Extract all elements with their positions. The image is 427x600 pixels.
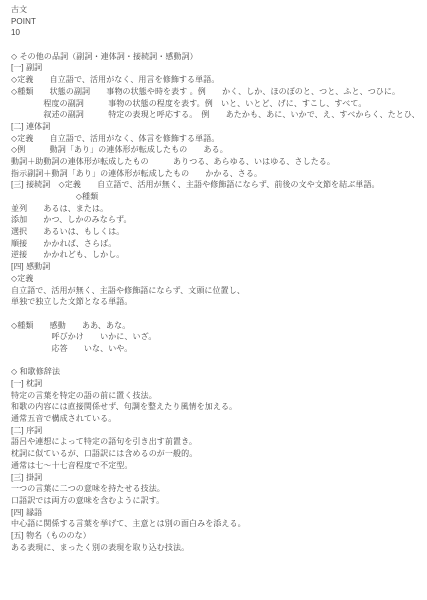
text-line: 特定の言葉を特定の語の前に置く技法。 [11,390,419,402]
text-line: ◇定義 [11,273,419,285]
text-line: [三] 掛詞 [11,472,419,484]
text-line: ◇例 動詞「あり」の連体形が転成したもの ある。 [11,144,419,156]
document-page: 古文POINT10 ◇ その他の品詞（副詞・連体詞・接続詞・感動詞）[一] 副詞… [0,0,427,600]
text-line: [四] 感動詞 [11,261,419,273]
text-line: ◇ その他の品詞（副詞・連体詞・接続詞・感動詞） [11,51,419,63]
text-line: ◇定義 自立語で、活用がなく、体言を修飾する単語。 [11,133,419,145]
document-body: ◇ その他の品詞（副詞・連体詞・接続詞・感動詞）[一] 副詞◇定義 自立語で、活… [11,51,419,554]
text-line: [一] 枕詞 [11,378,419,390]
text-line: ◇種類 [11,191,419,203]
text-line: ◇ 和歌修辞法 [11,366,419,378]
text-line: [三] 接続詞 ◇定義 自立語で、活用が無く、主語や修飾語にならず、前後の文や文… [11,179,419,191]
text-line: 順接 かかれば、さらば。 [11,238,419,250]
text-line: [四] 縁語 [11,507,419,519]
text-line: 和歌の内容には直接関係せず、句調を整えたり風情を加える。 [11,401,419,413]
text-line: 程度の副詞 事物の状態の程度を表す。例 いと、いとど、げに、すこし、すべて。 [11,98,419,110]
text-line: 通常五音で構成されている。 [11,413,419,425]
text-line: 呼びかけ いかに、いざ。 [11,331,419,343]
document-header: 古文POINT10 [11,4,419,39]
text-line: 応答 いな、いや。 [11,343,419,355]
header-line: POINT [11,16,419,28]
text-line: 一つの言葉に二つの意味を持たせる技法。 [11,483,419,495]
text-line: 指示副詞＋動詞「あり」の連体形が転成したもの かかる、さる。 [11,168,419,180]
text-line: 逆接 かかれども、しかし。 [11,249,419,261]
text-line: 口語訳では両方の意味を含むように訳す。 [11,495,419,507]
text-line [11,308,419,320]
text-line: [五] 物名（もののな） [11,530,419,542]
text-line: 中心語に関係する言葉を挙げて、主意とは別の面白みを添える。 [11,518,419,530]
text-line: 添加 かつ、しかのみならず。 [11,214,419,226]
text-line: 語呂や連想によって特定の語句を引き出す前置き。 [11,436,419,448]
text-line: [二] 序詞 [11,425,419,437]
header-line: 10 [11,27,419,39]
text-line [11,355,419,367]
text-line: 並列 あるは、または。 [11,203,419,215]
text-line: ◇定義 自立語で、活用がなく、用言を修飾する単語。 [11,74,419,86]
text-line: 単独で独立した文節となる単語。 [11,296,419,308]
text-line: 自立語で、活用が無く、主語や修飾語にならず、文頭に位置し、 [11,285,419,297]
text-line: 通常は七〜十七音程度で不定型。 [11,460,419,472]
text-line: [一] 副詞 [11,62,419,74]
text-line: ◇種類 感動 ああ、あな。 [11,320,419,332]
text-line: 枕詞に似ているが、口語訳には含めるのが一般的。 [11,448,419,460]
text-line: [二] 連体詞 [11,121,419,133]
text-line: 叙述の副詞 特定の表現と呼応する。 例 あたかも、あに、いかで、え、すべからく、… [11,109,419,121]
text-line: 選択 あるいは、もしくは。 [11,226,419,238]
text-line: 動詞＋助動詞の連体形が転成したもの ありつる、あらゆる、いはゆる、さしたる。 [11,156,419,168]
text-line: ◇種類 状態の副詞 事物の状態や時を表す 。例 かく、しか、ほのぼのと、つと、ふ… [11,86,419,98]
header-line: 古文 [11,4,419,16]
text-line: ある表現に、まったく別の表現を取り込む技法。 [11,542,419,554]
